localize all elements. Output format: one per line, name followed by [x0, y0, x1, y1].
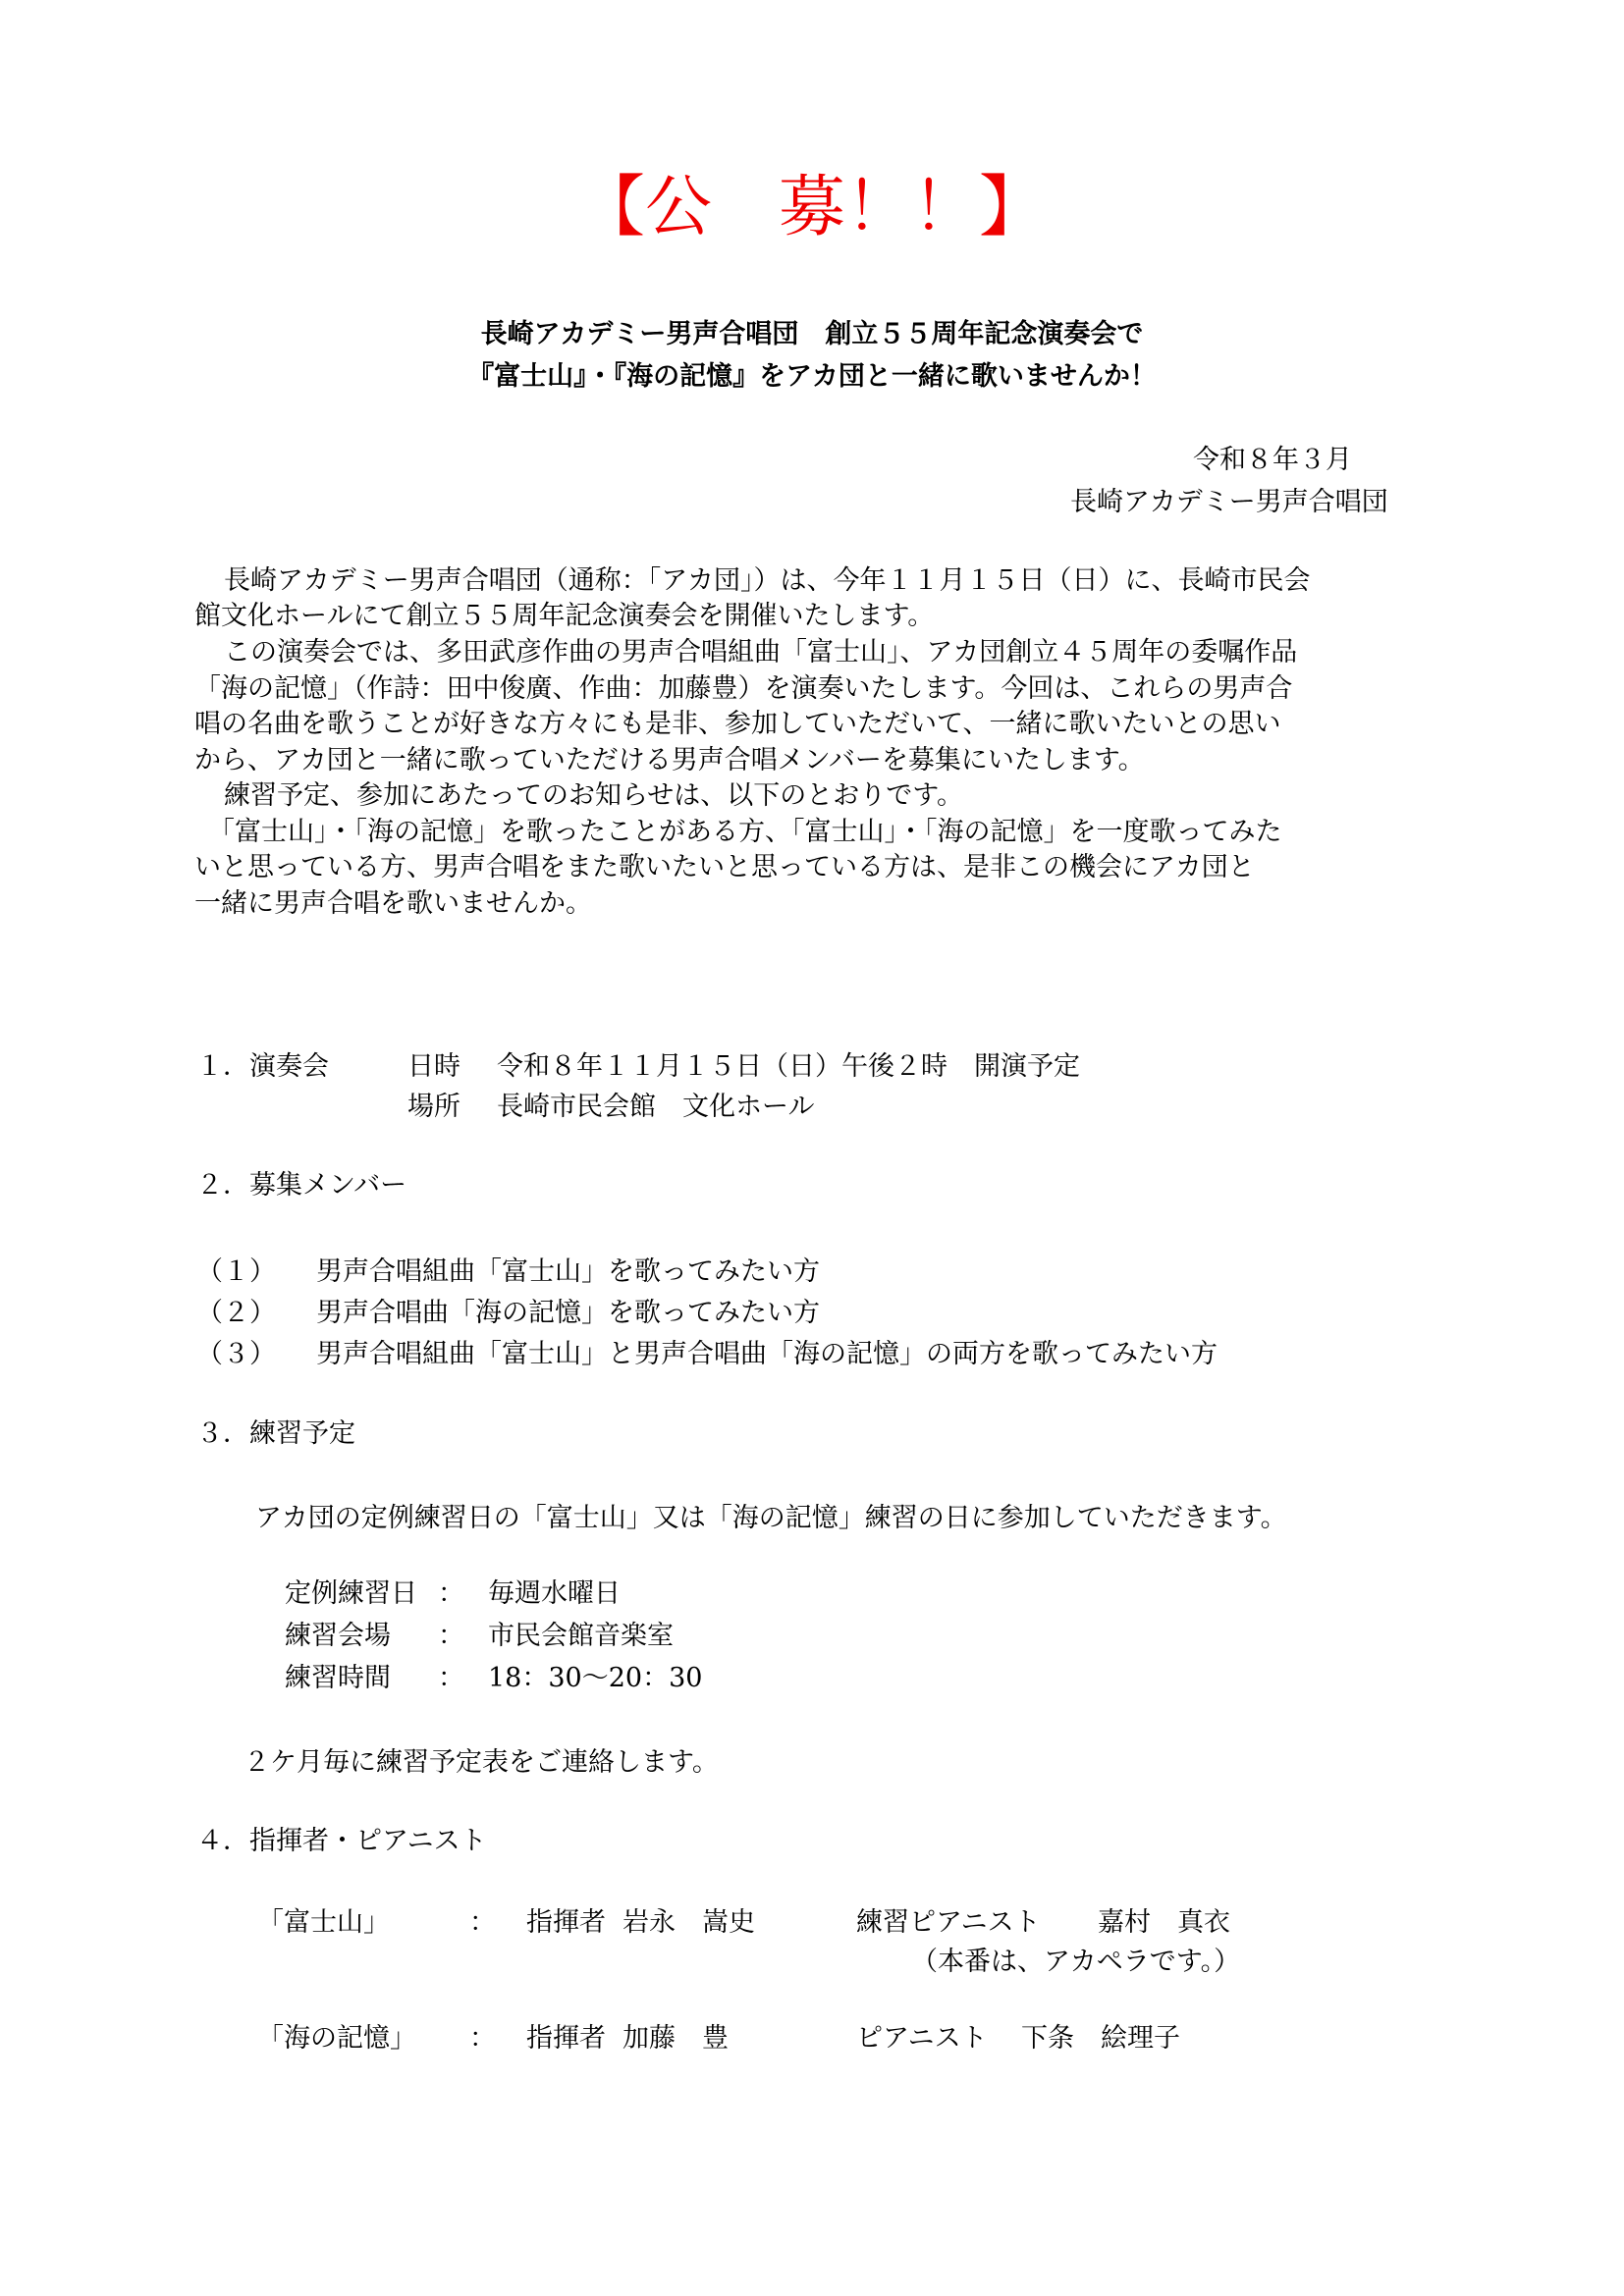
practice-day-label: 定例練習日: [285, 1580, 417, 1607]
conductor-label: 指揮者: [526, 2025, 606, 2052]
pianist-name: 嘉村 真衣: [1098, 1909, 1230, 1936]
issue-date: 令和８年３月: [1193, 447, 1352, 473]
song-title: 「富士山」: [257, 1909, 390, 1936]
subtitle-line-2: 『富士山』・『海の記憶』をアカ団と一緒に歌いませんか！: [0, 363, 1624, 390]
list-item-number: （２）: [196, 1300, 276, 1326]
practice-time-label: 練習時間: [285, 1665, 391, 1691]
venue-label: 場所: [407, 1094, 460, 1120]
body-line: から、アカ団と一緒に歌っていただける男声合唱メンバーを募集にいたします。: [194, 747, 1145, 774]
datetime-label: 日時: [407, 1053, 460, 1080]
list-item-number: （３）: [196, 1341, 276, 1367]
separator: ：: [438, 1623, 464, 1649]
song-title: 「海の記憶」: [257, 2025, 416, 2052]
separator: ：: [469, 1909, 496, 1936]
practice-intro: アカ団の定例練習日の「富士山」又は「海の記憶」練習の日に参加していただきます。: [255, 1505, 1287, 1531]
practice-venue-value: 市民会館音楽室: [488, 1623, 674, 1649]
body-line: 唱の名曲を歌うことが好きな方々にも是非、参加していただいて、一緒に歌いたいとの思…: [194, 711, 1280, 737]
pianist-label: ピアニスト: [856, 2025, 988, 2052]
section-heading: １．演奏会: [196, 1053, 329, 1080]
section-heading: ４．指揮者・ピアニスト: [196, 1828, 487, 1854]
section-heading: ２．募集メンバー: [196, 1172, 406, 1199]
list-item-number: （１）: [196, 1258, 276, 1285]
body-line: 練習予定、参加にあたってのお知らせは、以下のとおりです。: [224, 782, 963, 809]
body-line: この演奏会では、多田武彦作曲の男声合唱組曲「富士山」、アカ団創立４５周年の委嘱作…: [224, 639, 1297, 666]
pianist-label: 練習ピアニスト: [856, 1909, 1041, 1936]
body-line: 一緒に男声合唱を歌いませんか。: [194, 890, 592, 917]
subtitle-line-1: 長崎アカデミー男声合唱団 創立５５周年記念演奏会で: [0, 321, 1624, 347]
datetime-value: 令和８年１１月１５日（日）午後２時 開演予定: [497, 1053, 1080, 1080]
practice-venue-label: 練習会場: [285, 1623, 391, 1649]
pianist-name: 下条 絵理子: [1021, 2025, 1180, 2052]
venue-value: 長崎市民会館 文化ホール: [497, 1094, 814, 1120]
separator: ：: [469, 2025, 496, 2052]
practice-time-value: 18：30〜20：30: [488, 1665, 702, 1691]
schedule-note: ２ケ月毎に練習予定表をご連絡します。: [244, 1749, 719, 1776]
list-item: 男声合唱組曲「富士山」を歌ってみたい方: [316, 1258, 820, 1285]
performance-note: （本番は、アカペラです。）: [911, 1949, 1240, 1975]
conductor-name: 加藤 豊: [623, 2025, 729, 2052]
page-title: 【公 募！！】: [0, 175, 1624, 241]
separator: ：: [438, 1665, 464, 1691]
separator: ：: [438, 1580, 464, 1607]
body-line: 長崎アカデミー男声合唱団（通称：「アカ団」）は、今年１１月１５日（日）に、長崎市…: [224, 567, 1310, 594]
conductor-label: 指揮者: [526, 1909, 606, 1936]
conductor-name: 岩永 嵩史: [623, 1909, 755, 1936]
list-item: 男声合唱曲「海の記憶」を歌ってみたい方: [316, 1300, 820, 1326]
body-line: 館文化ホールにて創立５５周年記念演奏会を開催いたします。: [194, 603, 934, 629]
body-line: 「富士山」・「海の記憶」を歌ったことがある方、「富士山」・「海の記憶」を一度歌っ…: [208, 819, 1282, 845]
practice-day-value: 毎週水曜日: [488, 1580, 621, 1607]
list-item: 男声合唱組曲「富士山」と男声合唱曲「海の記憶」の両方を歌ってみたい方: [316, 1341, 1218, 1367]
body-line: 「海の記憶」（作詩：田中俊廣、作曲：加藤豊）を演奏いたします。今回は、これらの男…: [194, 675, 1292, 702]
section-heading: ３．練習予定: [196, 1420, 355, 1447]
issuing-organization: 長崎アカデミー男声合唱団: [1070, 489, 1388, 515]
body-line: いと思っている方、男声合唱をまた歌いたいと思っている方は、是非この機会にアカ団と: [194, 854, 1255, 881]
